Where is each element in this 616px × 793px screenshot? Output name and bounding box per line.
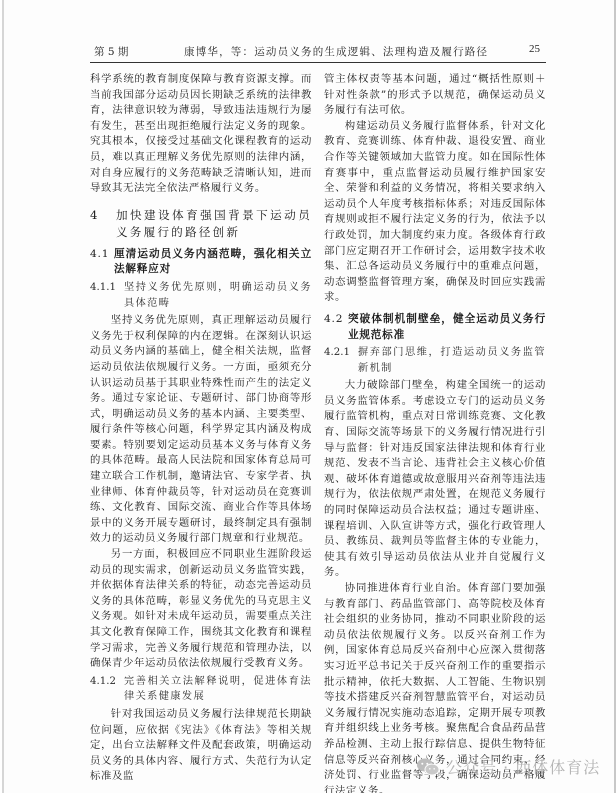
paragraph: 大力破除部门壁垒，构建全国统一的运动员义务监管体系。考虑设立专门的运动员义务履行… — [324, 378, 546, 581]
running-title: 康博华，等：运动员义务的生成逻辑、法理构造及履行路径 — [184, 44, 488, 59]
paragraph: 管主体权责等基本问题，通过“概括性原则＋针对性条款”的形式予以规范，确保运动员义… — [324, 72, 546, 119]
paragraph: 坚持义务优先原则，真正理解运动员履行义务先于权利保障的内在逻辑。在深刻认识运动员… — [90, 313, 312, 547]
wechat-icon — [416, 757, 440, 777]
left-column: 科学系统的教育制度保障与教育资源支撑。而当前我国部分运动员因长期缺乏系统的法律教… — [90, 72, 312, 785]
subsection-heading-4-2: 4.2 突破体制机制壁垒，健全运动员义务行业规范标准 — [324, 312, 546, 343]
right-column: 管主体权责等基本问题，通过“概括性原则＋针对性条款”的形式予以规范，确保运动员义… — [324, 72, 546, 793]
section-number: 4 — [90, 207, 116, 241]
subsubsection-title: 坚持义务优先原则，明确运动员义务具体范畴 — [124, 280, 312, 311]
subsection-number: 4.1 — [90, 247, 114, 278]
issue-label: 第 5 期 — [94, 44, 128, 59]
subsubsection-number: 4.1.1 — [90, 280, 124, 311]
paragraph: 针对我国运动员义务履行法律规范长期缺位问题，应依据《宪法》《体育法》等相关规定，… — [90, 707, 312, 785]
watermark-text: 公众号 · 西体体育法 — [446, 755, 600, 778]
subsection-heading-4-1: 4.1 厘清运动员义务内涵范畴，强化相关立法解释应对 — [90, 247, 312, 278]
subsubsection-title: 摒弃部门思维，打造运动员义务监管新机制 — [358, 345, 546, 376]
subsubsection-heading-4-2-1: 4.2.1 摒弃部门思维，打造运动员义务监管新机制 — [324, 345, 546, 376]
section-title: 加快建设体育强国背景下运动员义务履行的路径创新 — [116, 207, 312, 241]
wechat-watermark: 公众号 · 西体体育法 — [416, 755, 600, 778]
section-heading-4: 4 加快建设体育强国背景下运动员义务履行的路径创新 — [90, 207, 312, 241]
subsubsection-number: 4.1.2 — [90, 674, 124, 705]
paragraph: 科学系统的教育制度保障与教育资源支撑。而当前我国部分运动员因长期缺乏系统的法律教… — [90, 72, 312, 197]
subsection-title: 厘清运动员义务内涵范畴，强化相关立法解释应对 — [114, 247, 312, 278]
subsubsection-number: 4.2.1 — [324, 345, 358, 376]
paragraph: 构建运动员义务履行监督体系，针对文化教育、竞赛训练、体育仲裁、退役安置、商业合作… — [324, 119, 546, 306]
journal-page: 第 5 期 康博华，等：运动员义务的生成逻辑、法理构造及履行路径 25 科学系统… — [2, 0, 616, 793]
running-header: 第 5 期 康博华，等：运动员义务的生成逻辑、法理构造及履行路径 25 — [90, 40, 546, 63]
subsection-title: 突破体制机制壁垒，健全运动员义务行业规范标准 — [348, 312, 546, 343]
page-number: 25 — [529, 43, 540, 55]
subsubsection-heading-4-1-2: 4.1.2 完善相关立法解释说明，促进体育法律关系健康发展 — [90, 674, 312, 705]
subsubsection-heading-4-1-1: 4.1.1 坚持义务优先原则，明确运动员义务具体范畴 — [90, 280, 312, 311]
subsection-number: 4.2 — [324, 312, 348, 343]
paragraph: 另一方面，积极回应不同职业生涯阶段运动员的现实需求，创新运动员义务监管实践，并依… — [90, 547, 312, 672]
subsubsection-title: 完善相关立法解释说明，促进体育法律关系健康发展 — [124, 674, 312, 705]
